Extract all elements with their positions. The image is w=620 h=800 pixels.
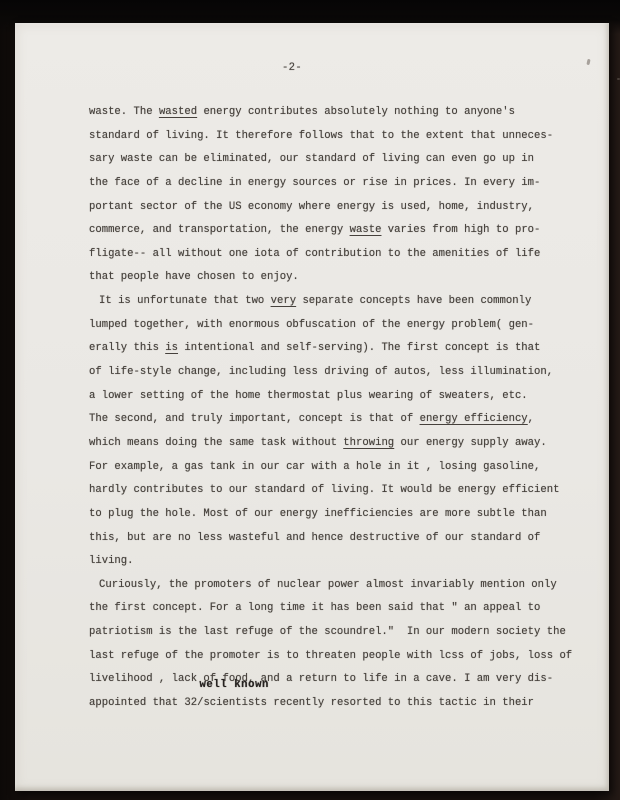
text-line: livelihood , lack of food, and a return …	[89, 668, 572, 692]
text-line: patriotism is the last refuge of the sco…	[89, 621, 572, 645]
text-segment: that people have chosen to enjoy.	[89, 271, 299, 283]
paragraph: It is unfortunate that two very separate…	[89, 290, 572, 574]
text-line: For example, a gas tank in our car with …	[89, 456, 572, 480]
text-segment: ,	[528, 413, 534, 425]
text-segment: patriotism is the last refuge of the sco…	[89, 626, 566, 638]
text-segment: standard of living. It therefore follows…	[89, 130, 553, 142]
text-line: which means doing the same task without …	[89, 432, 572, 456]
text-line: Curiously, the promoters of nuclear powe…	[89, 574, 572, 598]
text-line: this, but are no less wasteful and hence…	[89, 527, 572, 551]
underlined-text: is	[165, 342, 178, 354]
underlined-text: throwing	[343, 437, 394, 449]
text-segment: It is unfortunate that two	[99, 295, 271, 307]
text-segment: varies from high to pro-	[381, 224, 540, 236]
text-segment: hardly contributes to our standard of li…	[89, 484, 559, 496]
text-line: living.	[89, 550, 572, 574]
text-line: to plug the hole. Most of our energy ine…	[89, 503, 572, 527]
text-segment: the first concept. For a long time it ha…	[89, 602, 540, 614]
text-line: The second, and truly important, concept…	[89, 408, 572, 432]
text-segment: fligate-- all without one iota of contri…	[89, 248, 540, 260]
text-segment: For example, a gas tank in our car with …	[89, 461, 540, 473]
text-line: commerce, and transportation, the energy…	[89, 219, 572, 243]
text-line: appointed that 32/scientists recently re…	[89, 692, 572, 716]
text-segment: scientists recently resorted to this tac…	[203, 697, 534, 709]
text-line: portant sector of the US economy where e…	[89, 196, 572, 220]
text-segment: living.	[89, 555, 134, 567]
text-segment: appointed that 32/	[89, 697, 203, 709]
text-segment: a lower setting of the home thermostat p…	[89, 390, 528, 402]
text-line: erally this is intentional and self-serv…	[89, 337, 572, 361]
text-segment: livelihood , lack of food, and a return …	[89, 673, 553, 685]
underlined-text: very	[271, 295, 296, 307]
text-line: the face of a decline in energy sources …	[89, 172, 572, 196]
text-segment: energy contributes absolutely nothing to…	[197, 106, 515, 118]
text-segment: The second, and truly important, concept…	[89, 413, 420, 425]
underlined-text: energy efficiency	[420, 413, 528, 425]
text-line: last refuge of the promoter is to threat…	[89, 645, 572, 669]
text-segment: our energy supply away.	[394, 437, 547, 449]
text-line: fligate-- all without one iota of contri…	[89, 243, 572, 267]
typed-insertion: well known	[199, 674, 269, 698]
text-segment: to plug the hole. Most of our energy ine…	[89, 508, 547, 520]
text-segment: this, but are no less wasteful and hence…	[89, 532, 540, 544]
text-line: waste. The wasted energy contributes abs…	[89, 101, 572, 125]
text-segment: which means doing the same task without	[89, 437, 343, 449]
text-segment: lumped together, with enormous obfuscati…	[89, 319, 534, 331]
text-line: the first concept. For a long time it ha…	[89, 597, 572, 621]
text-line: lumped together, with enormous obfuscati…	[89, 314, 572, 338]
text-line: that people have chosen to enjoy.	[89, 266, 572, 290]
text-segment: intentional and self-serving). The first…	[178, 342, 540, 354]
text-segment: portant sector of the US economy where e…	[89, 201, 534, 213]
text-segment: separate concepts have been commonly	[296, 295, 531, 307]
paragraph: waste. The wasted energy contributes abs…	[89, 101, 572, 290]
text-segment: erally this	[89, 342, 165, 354]
text-segment: of life-style change, including less dri…	[89, 366, 553, 378]
paragraph: Curiously, the promoters of nuclear powe…	[89, 574, 572, 716]
text-line: It is unfortunate that two very separate…	[89, 290, 572, 314]
underlined-text: wasted	[159, 106, 197, 118]
text-line: sary waste can be eliminated, our standa…	[89, 148, 572, 172]
text-segment: sary waste can be eliminated, our standa…	[89, 153, 534, 165]
page-number: -2-	[282, 62, 302, 74]
document-body: waste. The wasted energy contributes abs…	[89, 101, 572, 716]
text-segment: Curiously, the promoters of nuclear powe…	[99, 579, 557, 591]
text-segment: last refuge of the promoter is to threat…	[89, 650, 572, 662]
text-line: hardly contributes to our standard of li…	[89, 479, 572, 503]
underlined-text: waste	[350, 224, 382, 236]
text-line: standard of living. It therefore follows…	[89, 125, 572, 149]
paper-speck	[586, 59, 590, 65]
text-line: a lower setting of the home thermostat p…	[89, 385, 572, 409]
text-line: of life-style change, including less dri…	[89, 361, 572, 385]
text-segment: waste. The	[89, 106, 159, 118]
paper-page: -2- waste. The wasted energy contributes…	[15, 23, 609, 791]
text-segment: the face of a decline in energy sources …	[89, 177, 540, 189]
text-segment: commerce, and transportation, the energy	[89, 224, 350, 236]
